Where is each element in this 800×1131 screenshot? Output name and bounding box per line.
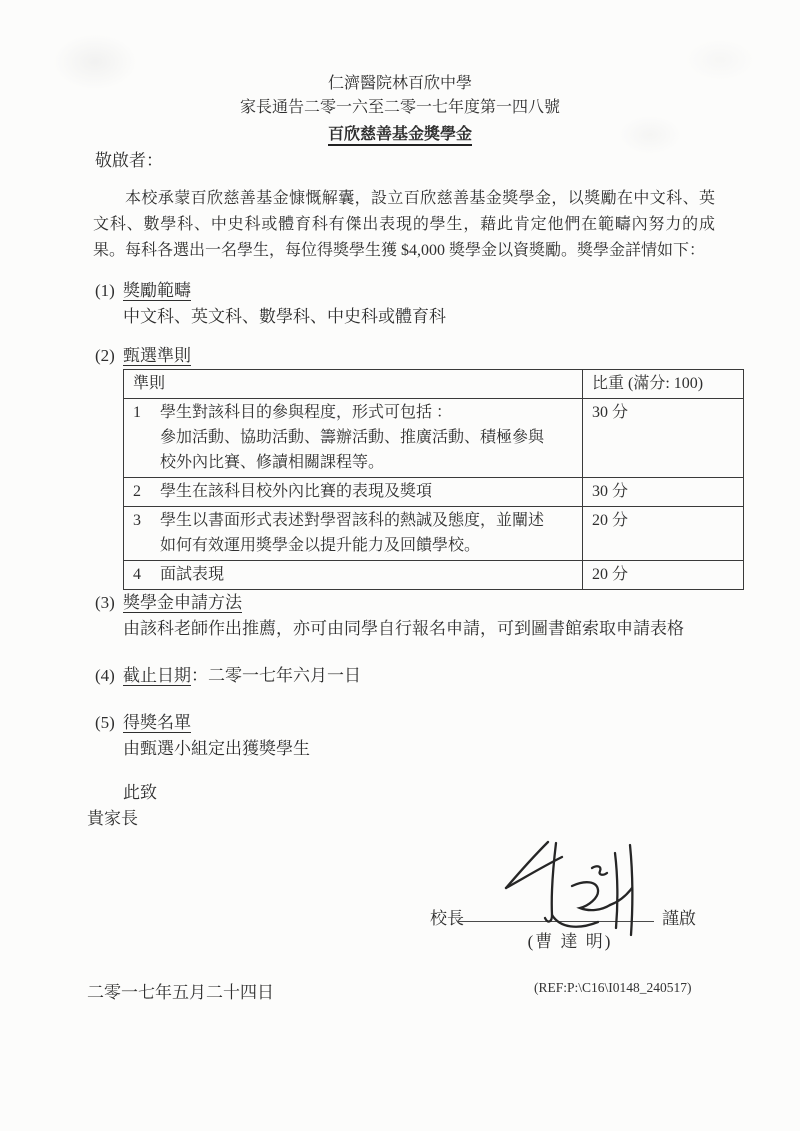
row-number: 4 — [133, 562, 160, 587]
table-header-criteria: 準則 — [124, 370, 583, 399]
intro-paragraph: 本校承蒙百欣慈善基金慷慨解囊，設立百欣慈善基金獎學金，以獎勵在中文科、英文科、數… — [93, 186, 715, 264]
row-number: 1 — [133, 400, 160, 475]
section-5-heading: 得獎名單 — [123, 713, 191, 732]
document-title: 百欣慈善基金獎學金 — [0, 121, 800, 144]
table-header-row: 準則 比重 (滿分: 100) — [124, 370, 744, 399]
section-3-heading: 獎學金申請方法 — [123, 593, 242, 612]
section-4-number: (4) — [95, 665, 123, 687]
notice-number-line: 家長通告二零一六至二零一七年度第一四八號 — [0, 97, 800, 119]
section-2-heading-line: (2)甄選準則 — [95, 345, 191, 367]
section-1-heading: 獎勵範疇 — [123, 281, 191, 300]
footer-ref: (REF:P:\C16\I0148_240517) — [534, 980, 692, 996]
school-name: 仁濟醫院林百欣中學 — [0, 73, 800, 95]
table-row: 1 學生對該科目的參與程度，形式可包括 ： 參加活動、協助活動、籌辦活動、推廣活… — [124, 399, 744, 478]
row-number: 3 — [133, 508, 160, 558]
row-weight: 20 分 — [583, 507, 744, 561]
section-3-body: 由該科老師作出推薦，亦可由同學自行報名申請，可到圖書館索取申請表格 — [123, 618, 684, 640]
section-1-number: (1) — [95, 280, 123, 302]
section-4-heading-line: (4)截止日期：二零一七年六月一日 — [95, 665, 361, 687]
row-criteria: 學生以書面形式表述對學習該科的熱誠及態度，並闡述 如何有效運用獎學金以提升能力及… — [160, 508, 574, 558]
table-row: 4 面試表現 20 分 — [124, 561, 744, 590]
row-weight: 30 分 — [583, 399, 744, 478]
section-4-heading: 截止日期 — [123, 666, 191, 685]
table-row: 3 學生以書面形式表述對學習該科的熱誠及態度，並闡述 如何有效運用獎學金以提升能… — [124, 507, 744, 561]
section-2-number: (2) — [95, 345, 123, 367]
footer-date: 二零一七年五月二十四日 — [87, 978, 274, 1003]
section-5-body: 由甄選小組定出獲獎學生 — [123, 738, 310, 760]
section-2-heading: 甄選準則 — [123, 346, 191, 365]
principal-signature — [488, 834, 673, 946]
scanned-notice-page: 仁濟醫院林百欣中學 家長通告二零一六至二零一七年度第一四八號 百欣慈善基金獎學金… — [0, 0, 800, 1131]
row-weight: 20 分 — [583, 561, 744, 590]
principal-label: 校長 — [430, 904, 464, 929]
row-criteria: 面試表現 — [160, 562, 574, 587]
closing-recipient: 貴家長 — [87, 808, 138, 830]
row-criteria: 學生對該科目的參與程度，形式可包括 ： 參加活動、協助活動、籌辦活動、推廣活動、… — [160, 400, 574, 475]
closing-cizhi: 此致 — [123, 782, 157, 804]
salutation: 敬啟者： — [95, 150, 163, 172]
section-5-number: (5) — [95, 712, 123, 734]
section-3-heading-line: (3)獎學金申請方法 — [95, 592, 242, 614]
section-1-body: 中文科、英文科、數學科、中史科或體育科 — [123, 306, 446, 328]
table-row: 2 學生在該科目校外內比賽的表現及獎項 30 分 — [124, 478, 744, 507]
section-5-heading-line: (5)得獎名單 — [95, 712, 191, 734]
row-weight: 30 分 — [583, 478, 744, 507]
section-1-heading-line: (1)獎勵範疇 — [95, 280, 191, 302]
row-criteria: 學生在該科目校外內比賽的表現及獎項 — [160, 479, 574, 504]
criteria-table: 準則 比重 (滿分: 100) 1 學生對該科目的參與程度，形式可包括 ： 參加… — [123, 369, 744, 590]
section-4-deadline: ：二零一七年六月一日 — [191, 666, 361, 685]
row-number: 2 — [133, 479, 160, 504]
document-title-text: 百欣慈善基金獎學金 — [328, 126, 472, 146]
table-header-weight: 比重 (滿分: 100) — [583, 370, 744, 399]
section-3-number: (3) — [95, 592, 123, 614]
